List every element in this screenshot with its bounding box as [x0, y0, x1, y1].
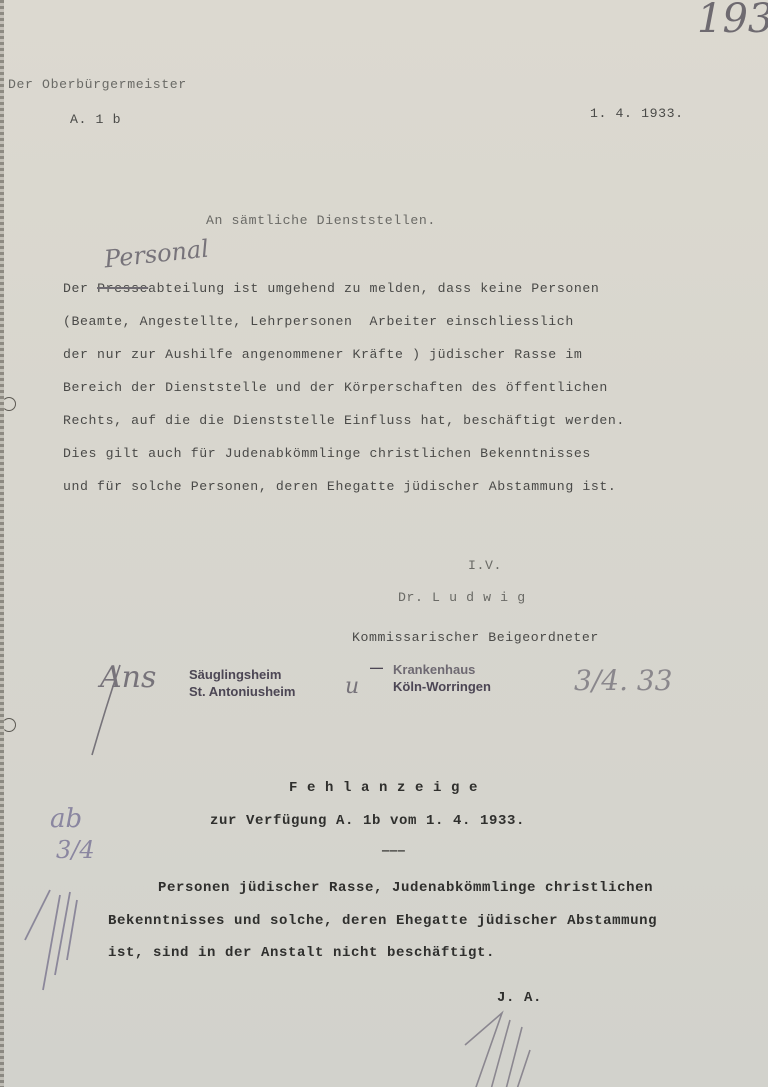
stamp-right: Krankenhaus Köln-Worringen: [393, 661, 491, 695]
page-binding-edge: [0, 0, 4, 1087]
punch-hole-bottom: [2, 718, 16, 732]
reply-line: Bekenntnisses und solche, deren Ehegatte…: [108, 913, 657, 929]
reply-closing: J. A.: [497, 990, 542, 1006]
handwritten-connector: u: [345, 674, 359, 699]
body-text-rest: abteilung ist umgehend zu melden, dass k…: [148, 281, 599, 296]
margin-note-date: 3/4: [56, 836, 95, 864]
reply-line: Personen jüdischer Rasse, Judenabkömmlin…: [158, 880, 653, 896]
body-line: (Beamte, Angestellte, Lehrpersonen Arbei…: [63, 314, 574, 329]
body-line: Rechts, auf die die Dienststelle Einflus…: [63, 413, 625, 428]
punch-hole-top: [2, 397, 16, 411]
handwritten-stroke-icon: [90, 660, 150, 760]
stamp-right-line1: Krankenhaus: [393, 662, 475, 677]
body-text-prefix: Der: [63, 281, 97, 296]
reply-line: ist, sind in der Anstalt nicht beschäfti…: [108, 945, 495, 961]
margin-note-ab: ab: [50, 804, 82, 834]
document-page: 193 Der Oberbürgermeister A. 1 b 1. 4. 1…: [0, 0, 768, 1087]
body-line: Der Presseabteilung ist umgehend zu meld…: [63, 281, 599, 296]
stamp-right-line2: Köln-Worringen: [393, 679, 491, 694]
sender: Der Oberbürgermeister: [8, 77, 187, 92]
signature-name: Dr. L u d w i g: [398, 590, 526, 605]
stamp-dash: —: [370, 659, 383, 676]
body-line: Dies gilt auch für Judenabkömmlinge chri…: [63, 446, 591, 461]
stamp-left: Säuglingsheim St. Antoniusheim: [189, 666, 295, 700]
body-line: und für solche Personen, deren Ehegatte …: [63, 479, 616, 494]
body-line: Bereich der Dienststelle und der Körpers…: [63, 380, 608, 395]
stamp-left-line1: Säuglingsheim: [189, 667, 281, 682]
closing-initials-icon: [460, 1005, 560, 1087]
date: 1. 4. 1933.: [590, 106, 684, 121]
archive-number: 193: [697, 0, 768, 42]
signature-iv: I.V.: [468, 558, 502, 573]
reply-separator: ———: [382, 844, 405, 858]
handwritten-date: 3/4. 33: [574, 664, 673, 697]
addressee: An sämtliche Dienststellen.: [206, 213, 436, 228]
reply-subtitle: zur Verfügung A. 1b vom 1. 4. 1933.: [210, 813, 525, 829]
margin-initials-icon: [15, 880, 85, 1000]
handwritten-correction: Personal: [103, 235, 210, 274]
struck-word: Presse: [97, 281, 148, 296]
signature-title: Kommissarischer Beigeordneter: [352, 630, 599, 645]
stamp-left-line2: St. Antoniusheim: [189, 684, 295, 699]
reference: A. 1 b: [70, 112, 121, 127]
body-line: der nur zur Aushilfe angenommener Kräfte…: [63, 347, 582, 362]
reply-title: F e h l a n z e i g e: [289, 780, 478, 796]
